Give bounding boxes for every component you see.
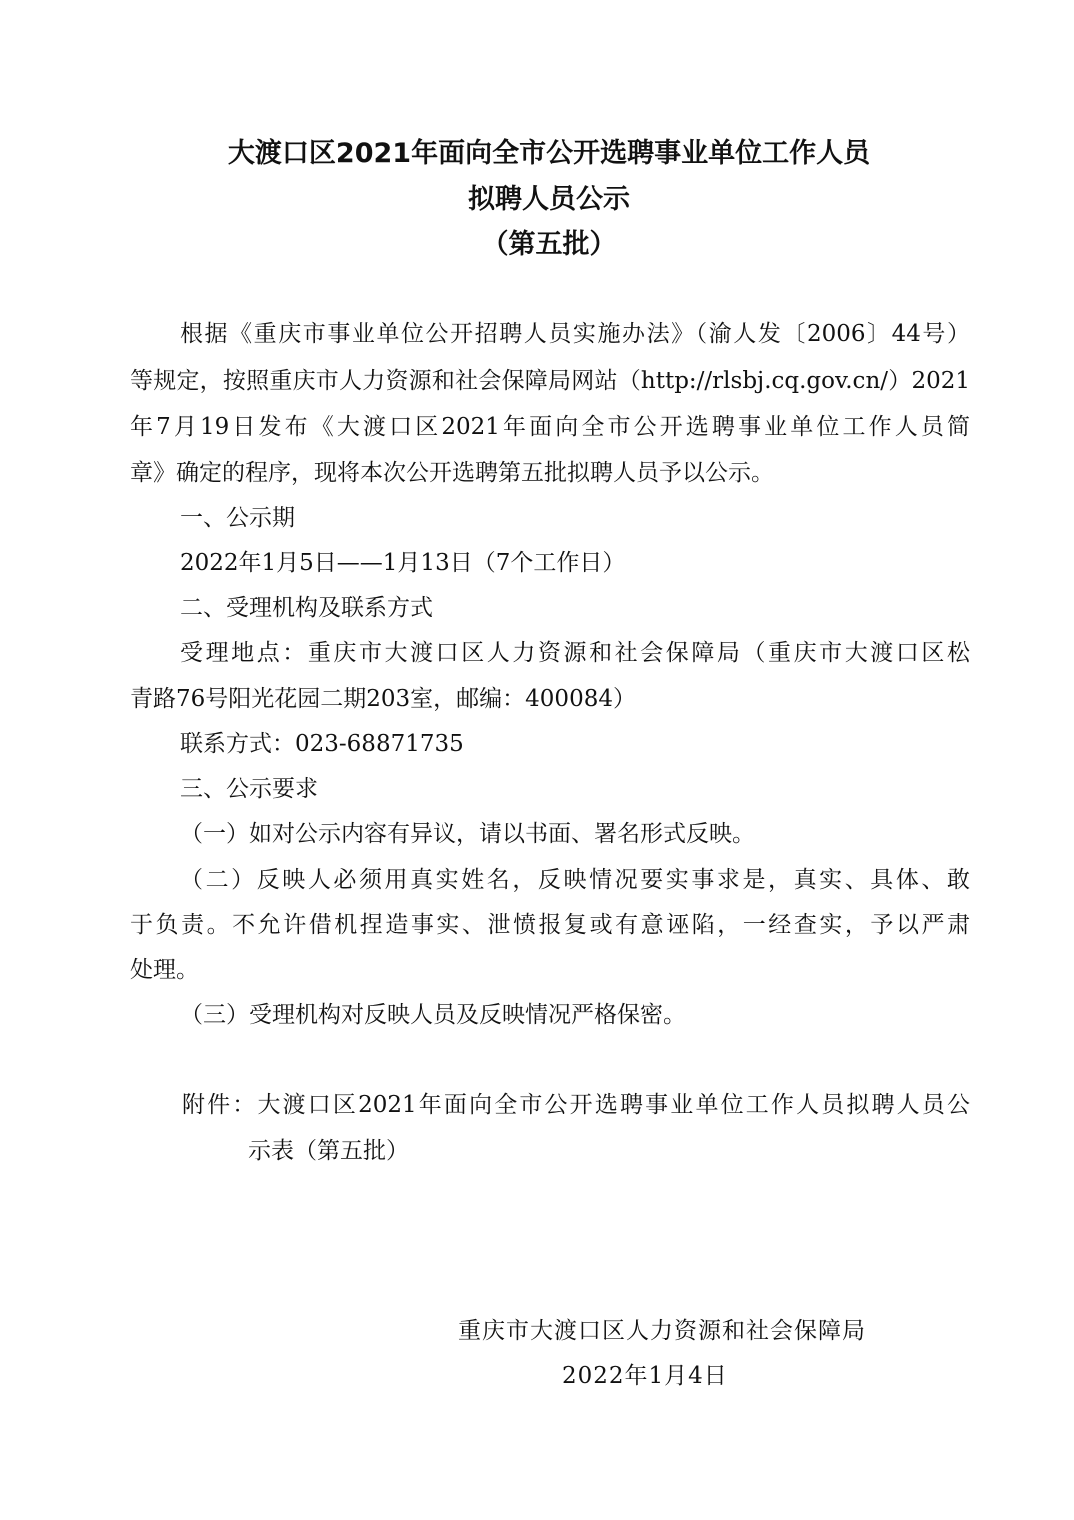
contact-phone: 联系方式：023-68871735 <box>180 729 464 759</box>
signature-date: 2022年1月4日 <box>562 1361 728 1391</box>
requirement-2-line-2: 于负责。不允许借机捏造事实、泄愤报复或有意诬陷，一经查实，予以严肃 <box>130 910 970 940</box>
requirement-2-line-3: 处理。 <box>130 955 199 985</box>
intro-line-2: 等规定，按照重庆市人力资源和社会保障局网站（http://rlsbj.cq.go… <box>130 366 970 396</box>
title-line-1: 大渡口区2021年面向全市公开选聘事业单位工作人员 <box>12 138 1074 170</box>
attachment-line-1: 附件：大渡口区2021年面向全市公开选聘事业单位工作人员拟聘人员公 <box>182 1090 970 1120</box>
notice-period: 2022年1月5日——1月13日（7个工作日） <box>180 548 625 578</box>
address-line-1: 受理地点：重庆市大渡口区人力资源和社会保障局（重庆市大渡口区松 <box>180 638 970 668</box>
intro-line-3: 年7月19日发布《大渡口区2021年面向全市公开选聘事业单位工作人员简 <box>130 412 970 442</box>
section1-heading: 一、公示期 <box>180 503 295 533</box>
attachment-line-2: 示表（第五批） <box>248 1136 409 1166</box>
section3-heading: 三、公示要求 <box>180 774 318 804</box>
intro-line-4: 章》确定的程序，现将本次公开选聘第五批拟聘人员予以公示。 <box>130 458 774 488</box>
requirement-3: （三）受理机构对反映人员及反映情况严格保密。 <box>180 1000 686 1030</box>
intro-line-1: 根据《重庆市事业单位公开招聘人员实施办法》（渝人发〔2006〕44号） <box>180 319 970 349</box>
section2-heading: 二、受理机构及联系方式 <box>180 593 433 623</box>
requirement-1: （一）如对公示内容有异议，请以书面、署名形式反映。 <box>180 819 755 849</box>
title-line-2: 拟聘人员公示 <box>12 184 1074 216</box>
address-line-2: 青路76号阳光花园二期203室，邮编：400084） <box>130 684 636 714</box>
title-line-3: （第五批） <box>12 229 1074 261</box>
requirement-2-line-1: （二）反映人必须用真实姓名，反映情况要实事求是，真实、具体、敢 <box>180 865 970 895</box>
signature-org: 重庆市大渡口区人力资源和社会保障局 <box>458 1316 866 1346</box>
